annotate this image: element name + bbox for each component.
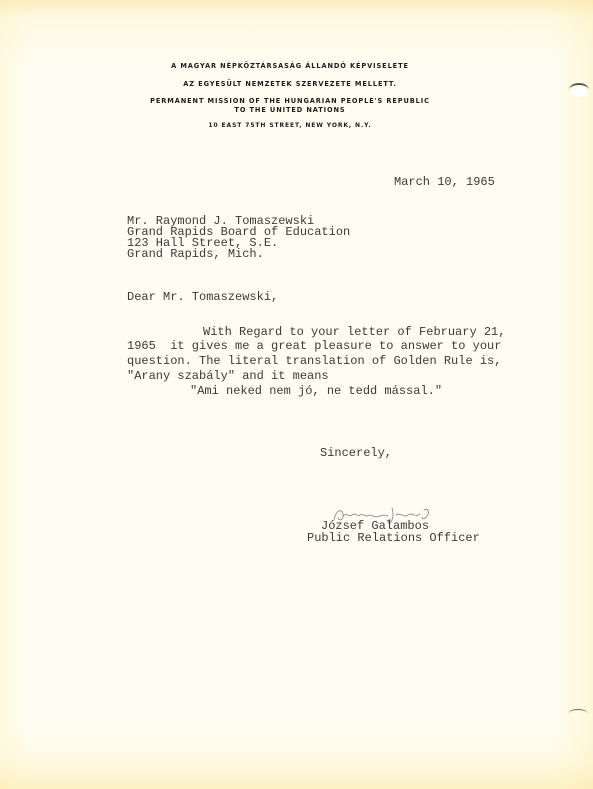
letter-page: A Magyar Népköztársaság Állandó Képvisel… (0, 0, 593, 789)
letterhead-hungarian-line-1: A Magyar Népköztársaság Állandó Képvisel… (120, 62, 460, 70)
body-line: "Arany szabály" and it means (127, 370, 329, 382)
body-line: With Regard to your letter of February 2… (203, 326, 505, 338)
letterhead-english-line-1: Permanent Mission of the Hungarian Peopl… (120, 97, 460, 105)
golden-rule-quote: "Ami neked nem jó, ne tedd mással." (190, 385, 442, 397)
punch-hole-icon (569, 83, 589, 97)
recipient-city: Grand Rapids, Mich. (127, 248, 264, 260)
salutation: Dear Mr. Tomaszewski, (127, 291, 278, 303)
closing: Sincerely, (320, 447, 392, 459)
letter-date: March 10, 1965 (394, 176, 495, 188)
punch-hole-icon (568, 709, 588, 718)
letterhead-english-line-2: to the United Nations (120, 106, 460, 114)
letterhead-hungarian-line-2: Az Egyesült Nemzetek Szervezete Mellett. (120, 80, 460, 88)
letterhead-address: 10 East 75th Street, New York, N.Y. (120, 122, 460, 129)
body-line: question. The literal translation of Gol… (127, 355, 501, 367)
body-line: 1965 it gives me a great pleasure to ans… (127, 340, 501, 352)
signer-title: Public Relations Officer (307, 532, 480, 544)
